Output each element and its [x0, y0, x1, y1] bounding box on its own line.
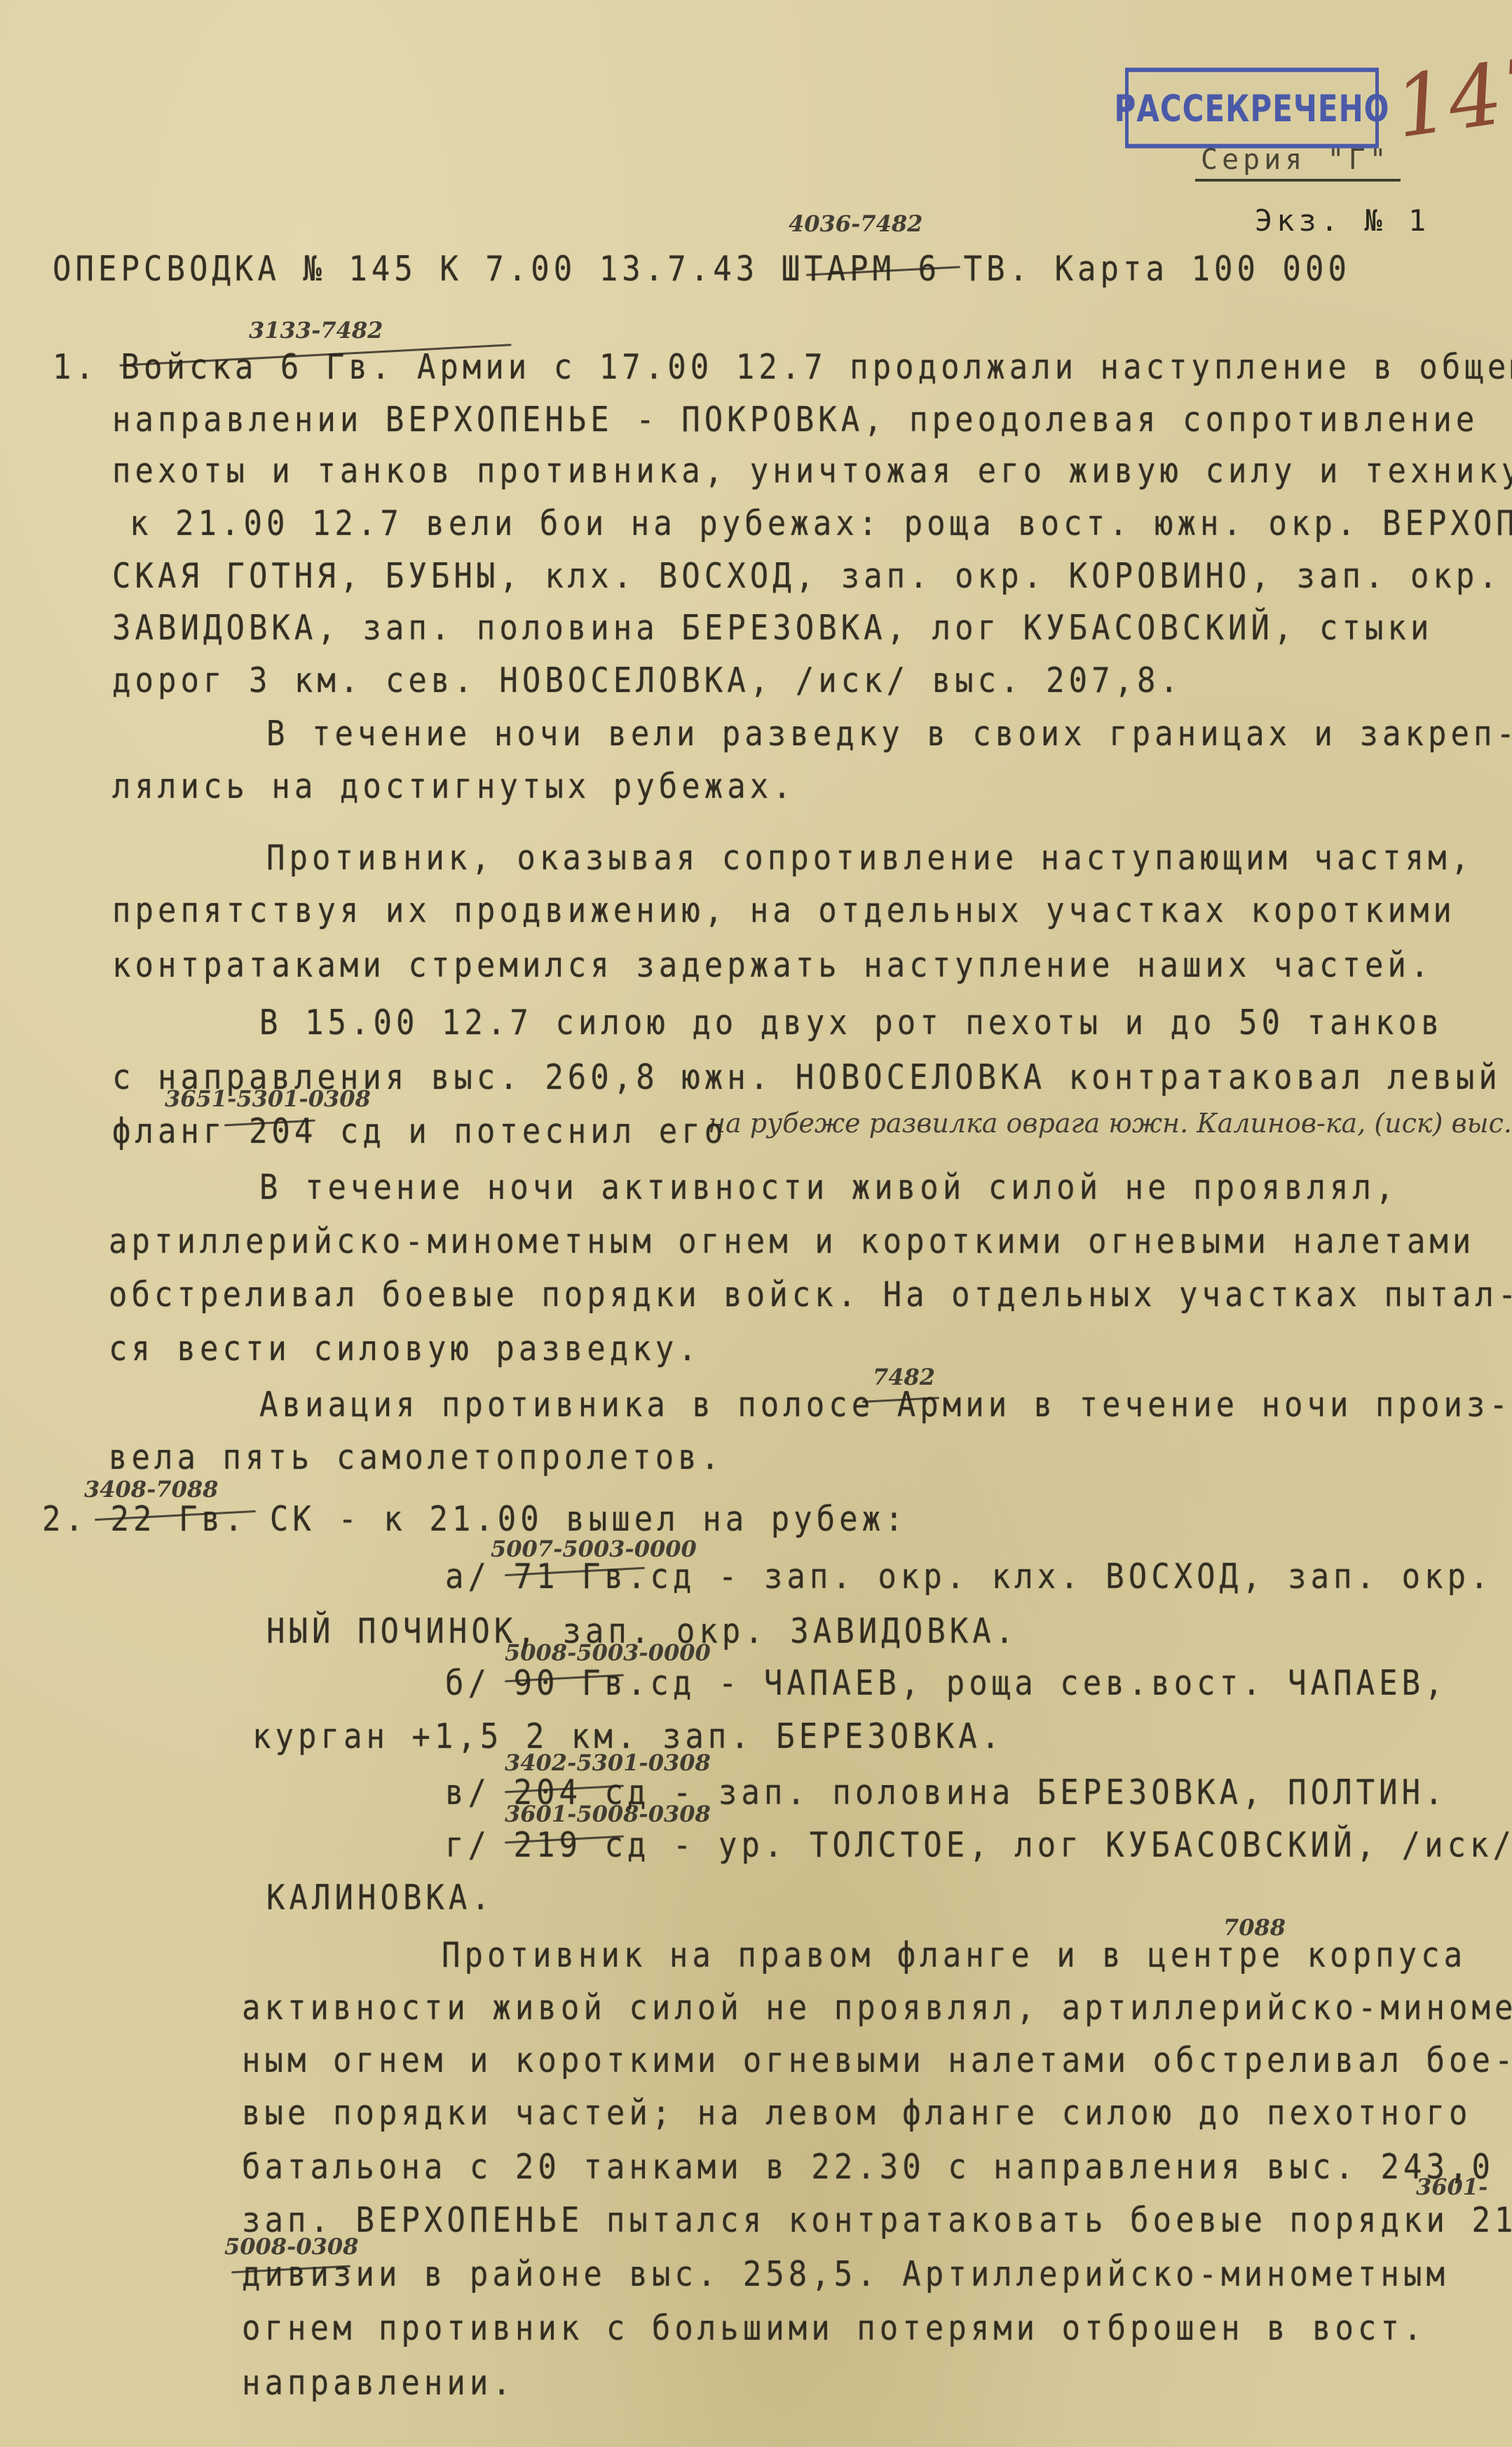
- text-line: направлении ВЕРХОПЕНЬЕ - ПОКРОВКА, преод…: [112, 400, 1478, 440]
- text-line: В течение ночи вели разведку в своих гра…: [266, 714, 1512, 754]
- text-line: обстреливал боевые порядки войск. На отд…: [109, 1275, 1512, 1315]
- handwritten-code: 3651-5301-0308: [165, 1085, 371, 1112]
- text-line: 2. 22 Гв. СК - к 21.00 вышел на рубеж:: [42, 1499, 908, 1539]
- handwritten-code: 4036-7482: [789, 210, 922, 237]
- text-line: контратаками стремился задержать наступл…: [112, 945, 1433, 985]
- text-line: дивизии в районе выс. 258,5. Артиллерийс…: [242, 2254, 1449, 2294]
- text-line: СКАЯ ГОТНЯ, БУБНЫ, клх. ВОСХОД, зап. окр…: [112, 556, 1501, 596]
- text-line: фланг 204 сд и потеснил его: [112, 1111, 727, 1151]
- text-line: Противник на правом фланге и в центре ко…: [442, 1935, 1466, 1975]
- text-line: 1. Войска 6 Гв. Армии с 17.00 12.7 продо…: [53, 347, 1512, 387]
- series-label: Серия "Г": [1195, 144, 1401, 182]
- text-line: В течение ночи активности живой силой не…: [259, 1167, 1398, 1207]
- text-line: В 15.00 12.7 силою до двух рот пехоты и …: [259, 1003, 1444, 1043]
- text-line: дорог 3 км. сев. НОВОСЕЛОВКА, /иск/ выс.…: [112, 660, 1183, 700]
- document-title: ОПЕРСВОДКА № 145 К 7.00 13.7.43 ШТАРМ 6 …: [53, 249, 1351, 289]
- folio-number: 147: [1389, 39, 1512, 158]
- text-line: пехоты и танков противника, уничтожая ег…: [112, 451, 1512, 491]
- copy-number: Экз. № 1: [1255, 203, 1430, 238]
- text-line: активности живой силой не проявлял, арти…: [242, 1988, 1512, 2028]
- handwritten-insert: на рубеже развилка оврага южн. Калинов-к…: [708, 1108, 1512, 1139]
- handwritten-code: 3601-: [1416, 2174, 1487, 2200]
- text-line: Противник, оказывая сопротивление наступ…: [266, 838, 1473, 878]
- text-line: КАЛИНОВКА.: [266, 1878, 494, 1918]
- text-line: Авиация противника в полосе Армии в тече…: [259, 1385, 1512, 1425]
- text-line: а/ 71 Гв.сд - зап. окр. клх. ВОСХОД, зап…: [445, 1557, 1512, 1597]
- document-page: РАССЕКРЕЧЕНО 147 Серия "Г" Экз. № 1 4036…: [0, 0, 1512, 2447]
- text-line: вела пять самолетопролетов.: [109, 1437, 723, 1477]
- declassified-stamp: РАССЕКРЕЧЕНО: [1125, 68, 1379, 149]
- text-line: лялись на достигнутых рубежах.: [112, 766, 796, 806]
- text-line: ЗАВИДОВКА, зап. половина БЕРЕЗОВКА, лог …: [112, 608, 1433, 648]
- text-line: г/ 219 сд - ур. ТОЛСТОЕ, лог КУБАСОВСКИЙ…: [445, 1825, 1512, 1865]
- text-line: артиллерийско-минометным огнем и коротки…: [109, 1221, 1475, 1261]
- handwritten-code: 3133-7482: [249, 317, 383, 344]
- text-line: направлении.: [242, 2363, 515, 2403]
- text-line: ным огнем и короткими огневыми налетами …: [242, 2040, 1512, 2080]
- handwritten-code: 3601-5008-0308: [505, 1801, 711, 1827]
- text-line: зап. ВЕРХОПЕНЬЕ пытался контратаковать б…: [242, 2200, 1512, 2240]
- text-line: к 21.00 12.7 вели бои на рубежах: роща в…: [130, 503, 1512, 543]
- text-line: препятствуя их продвижению, на отдельных…: [112, 890, 1456, 930]
- text-line: вые порядки частей; на левом фланге сило…: [242, 2093, 1471, 2133]
- text-line: батальона с 20 танками в 22.30 с направл…: [242, 2147, 1494, 2187]
- text-line: б/ 90 Гв.сд - ЧАПАЕВ, роща сев.вост. ЧАП…: [445, 1663, 1448, 1703]
- handwritten-code: 5008-5003-0000: [505, 1639, 711, 1666]
- text-line: ся вести силовую разведку.: [109, 1329, 701, 1369]
- text-line: огнем противник с большими потерями отбр…: [242, 2308, 1426, 2348]
